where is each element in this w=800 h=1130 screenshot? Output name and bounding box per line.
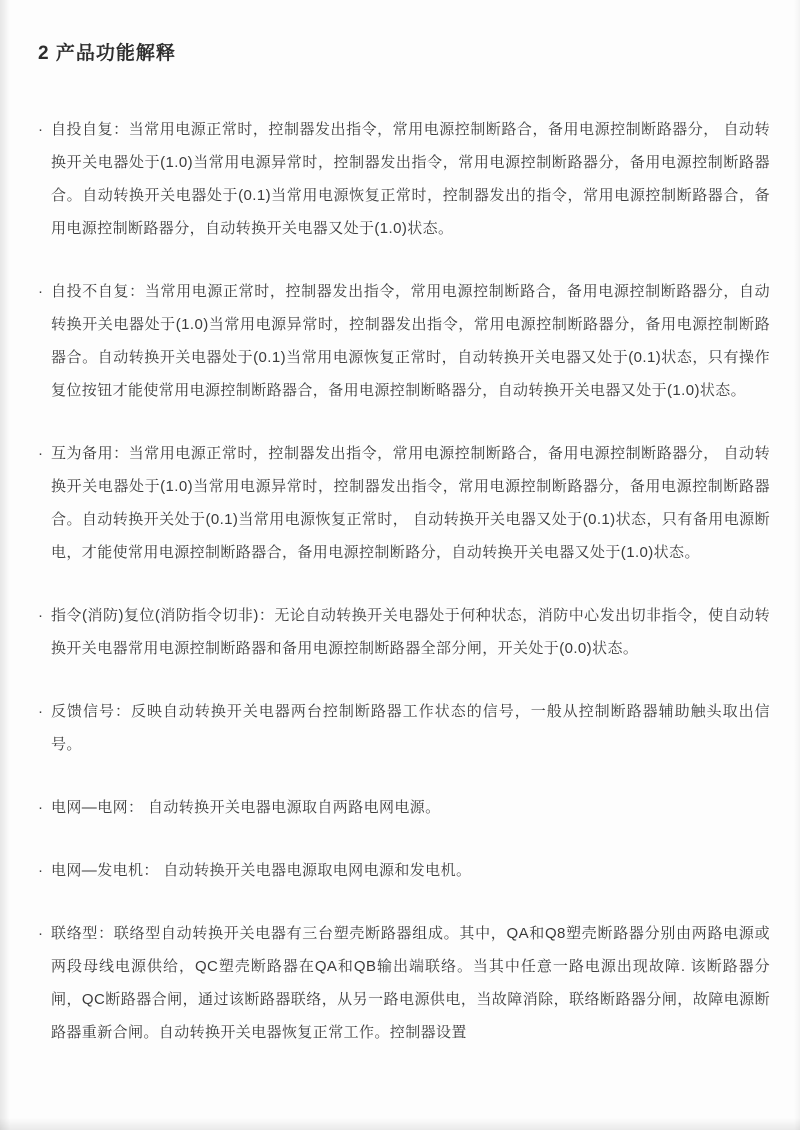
bullet-list: · 自投自复：当常用电源正常时，控制器发出指令，常用电源控制断路合，备用电源控制… xyxy=(38,113,770,1049)
bullet-marker: · xyxy=(38,695,51,728)
page-title: 2 产品功能解释 xyxy=(38,38,770,65)
bullet-item-grid-grid: · 电网—电网： 自动转换开关电器电源取自两路电网电源。 xyxy=(38,791,770,824)
bullet-item-self-transfer-self-restore: · 自投自复：当常用电源正常时，控制器发出指令，常用电源控制断路合，备用电源控制… xyxy=(38,113,770,245)
bullet-text: 互为备用：当常用电源正常时，控制器发出指令，常用电源控制断路合，备用电源控制断路… xyxy=(51,437,770,569)
bullet-item-fire-command-reset: · 指令(消防)复位(消防指令切非)：无论自动转换开关电器处于何种状态，消防中心… xyxy=(38,599,770,665)
bullet-marker: · xyxy=(38,113,51,146)
bullet-text: 自投自复：当常用电源正常时，控制器发出指令，常用电源控制断路合，备用电源控制断路… xyxy=(51,113,770,245)
bullet-marker: · xyxy=(38,599,51,632)
bullet-item-self-transfer-no-restore: · 自投不自复：当常用电源正常时，控制器发出指令，常用电源控制断路合，备用电源控… xyxy=(38,275,770,407)
bullet-text: 联络型：联络型自动转换开关电器有三台塑壳断路器组成。其中，QA和Q8塑壳断路器分… xyxy=(51,917,770,1049)
bullet-item-feedback-signal: · 反馈信号：反映自动转换开关电器两台控制断路器工作状态的信号，一般从控制断路器… xyxy=(38,695,770,761)
bullet-marker: · xyxy=(38,791,51,824)
bullet-text: 电网—电网： 自动转换开关电器电源取自两路电网电源。 xyxy=(51,791,770,824)
bullet-item-interconnect-type: · 联络型：联络型自动转换开关电器有三台塑壳断路器组成。其中，QA和Q8塑壳断路… xyxy=(38,917,770,1049)
bullet-marker: · xyxy=(38,275,51,308)
bullet-item-mutual-backup: · 互为备用：当常用电源正常时，控制器发出指令，常用电源控制断路合，备用电源控制… xyxy=(38,437,770,569)
bullet-marker: · xyxy=(38,854,51,887)
bullet-text: 电网—发电机： 自动转换开关电器电源取电网电源和发电机。 xyxy=(51,854,770,887)
document-page: 2 产品功能解释 · 自投自复：当常用电源正常时，控制器发出指令，常用电源控制断… xyxy=(0,0,800,1130)
bullet-text: 反馈信号：反映自动转换开关电器两台控制断路器工作状态的信号，一般从控制断路器辅助… xyxy=(51,695,770,761)
bullet-marker: · xyxy=(38,917,51,950)
bullet-marker: · xyxy=(38,437,51,470)
bullet-item-grid-generator: · 电网—发电机： 自动转换开关电器电源取电网电源和发电机。 xyxy=(38,854,770,887)
bullet-text: 指令(消防)复位(消防指令切非)：无论自动转换开关电器处于何种状态，消防中心发出… xyxy=(51,599,770,665)
bullet-text: 自投不自复：当常用电源正常时，控制器发出指令，常用电源控制断路合，备用电源控制断… xyxy=(51,275,770,407)
